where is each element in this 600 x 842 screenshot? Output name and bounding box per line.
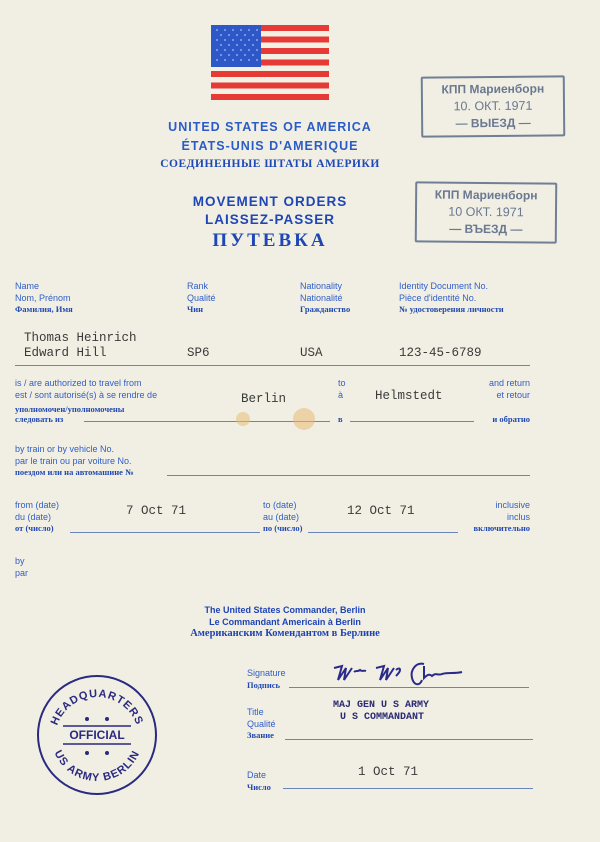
svg-text:HEADQUARTERS: HEADQUARTERS xyxy=(49,688,146,727)
seal-top-text: HEADQUARTERS xyxy=(49,688,146,727)
vehicle-label: by train or by vehicle No. par le train … xyxy=(15,444,134,479)
from-date-line xyxy=(70,532,260,533)
exit-stamp: КПП Мариенборн 10. ОКТ. 1971 — ВЫЕЗД — xyxy=(421,75,566,137)
commander-en: The United States Commander, Berlin xyxy=(0,604,570,616)
travel-from-label: is / are authorized to travel from est /… xyxy=(15,378,157,424)
inclusive-label: inclusive inclus включительно xyxy=(450,500,530,535)
commander-fr: Le Commandant Americain à Berlin xyxy=(0,616,570,628)
rank-label: Rank Qualité Чин xyxy=(187,281,216,316)
stamp-type: — ВЫЕЗД — xyxy=(423,114,563,132)
stamp-date: 10. ОКТ. 1971 xyxy=(423,97,563,115)
us-flag-icon xyxy=(211,25,329,100)
return-label: and return et retour xyxy=(470,378,530,401)
title-value[interactable]: MAJ GEN U S ARMY U S COMMANDANT xyxy=(333,700,429,724)
to-label-ru: в xyxy=(338,414,343,426)
to-place-value[interactable]: Helmstedt xyxy=(375,389,443,403)
name-value-line1[interactable]: Thomas Heinrich xyxy=(24,331,137,345)
identity-number-value[interactable]: 123-45-6789 xyxy=(399,346,482,360)
from-place-value[interactable]: Berlin xyxy=(241,392,286,406)
rank-value[interactable]: SP6 xyxy=(187,346,210,360)
to-label: to à xyxy=(338,378,346,401)
signature-line xyxy=(289,687,529,688)
commander-ru: Американским Комендантом в Берлине xyxy=(0,628,570,640)
divider-line xyxy=(15,365,530,366)
stamp-checkpoint: КПП Мариенборн xyxy=(417,186,555,204)
nationality-value[interactable]: USA xyxy=(300,346,323,360)
to-date-value[interactable]: 12 Oct 71 xyxy=(347,504,415,518)
title-label: Title Qualité Звание xyxy=(247,707,276,742)
date-line xyxy=(283,788,533,789)
stamp-checkpoint: КПП Мариенборн xyxy=(423,80,563,98)
date-label: Date Число xyxy=(247,770,271,793)
identity-label: Identity Document No. Pièce d'identité N… xyxy=(399,281,504,316)
stain xyxy=(236,412,250,426)
stamp-type: — ВЪЕЗД — xyxy=(417,220,555,238)
seal-center-text: OFFICIAL xyxy=(39,728,155,742)
country-name-fr: ÉTATS-UNIS D'AMERIQUE xyxy=(0,139,540,153)
official-seal: HEADQUARTERS US ARMY BERLIN OFFICIAL xyxy=(37,675,157,795)
stain xyxy=(293,408,315,430)
name-label: Name Nom, Prénom Фамилия, Имя xyxy=(15,281,73,316)
svg-text:US ARMY BERLIN: US ARMY BERLIN xyxy=(52,748,143,784)
stamp-date: 10 ОКТ. 1971 xyxy=(417,203,555,221)
date-value[interactable]: 1 Oct 71 xyxy=(358,765,418,779)
signature-label: Signature Подпись xyxy=(247,668,286,691)
title-line xyxy=(285,739,533,740)
to-date-line xyxy=(308,532,458,533)
from-date-value[interactable]: 7 Oct 71 xyxy=(126,504,186,518)
name-value-line2[interactable]: Edward Hill xyxy=(24,346,107,360)
vehicle-line xyxy=(167,475,530,476)
to-place-line xyxy=(350,421,474,422)
signature-mark xyxy=(332,658,472,688)
seal-bottom-text: US ARMY BERLIN xyxy=(52,748,143,784)
country-name-ru: СОЕДИНЕННЫЕ ШТАТЫ АМЕРИКИ xyxy=(0,158,540,170)
to-date-label: to (date) au (date) по (число) xyxy=(263,500,302,535)
entry-stamp: КПП Мариенборн 10 ОКТ. 1971 — ВЪЕЗД — xyxy=(415,181,558,243)
from-date-label: from (date) du (date) от (число) xyxy=(15,500,59,535)
return-label-ru: и обратно xyxy=(470,414,530,426)
vehicle-number-value[interactable] xyxy=(180,460,520,474)
by-label: by par xyxy=(15,556,28,579)
nationality-label: Nationality Nationalité Гражданство xyxy=(300,281,350,316)
